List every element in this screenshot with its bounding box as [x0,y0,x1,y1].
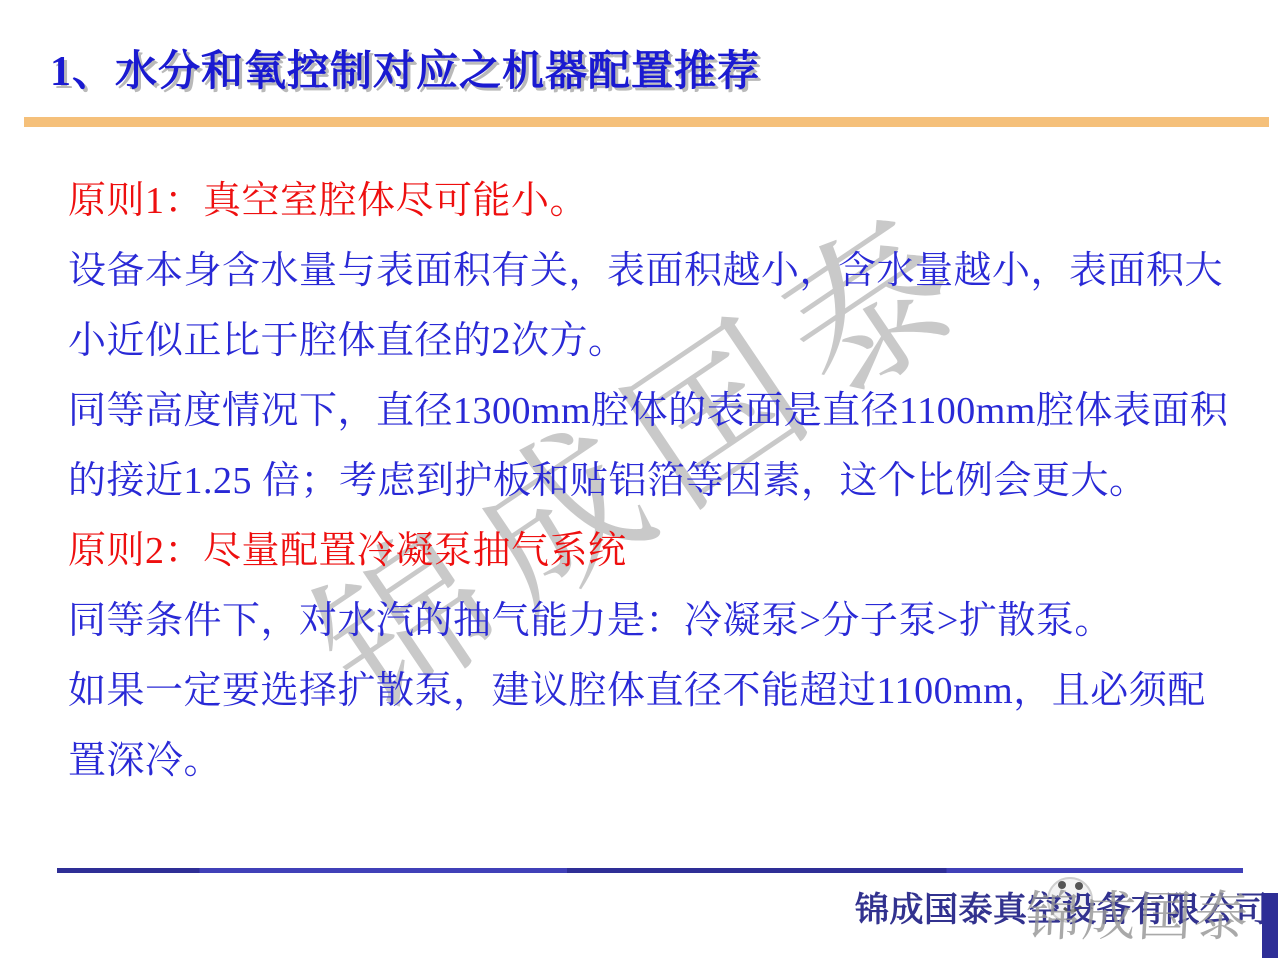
body-line: 同等高度情况下，直径1300mm腔体的表面是直径1100mm腔体表面积 [68,376,1260,446]
body-line: 设备本身含水量与表面积有关，表面积越小，含水量越小，表面积大 [68,236,1260,306]
footer-divider [57,868,1243,873]
body-line: 置深冷。 [68,726,1260,796]
body-line: 如果一定要选择扩散泵，建议腔体直径不能超过1100mm，且必须配 [68,656,1260,726]
slide-title: 1、水分和氧控制对应之机器配置推荐 [50,38,760,98]
body-line: 同等条件下，对水汽的抽气能力是：冷凝泵>分子泵>扩散泵。 [68,586,1260,656]
body-line: 小近似正比于腔体直径的2次方。 [68,306,1260,376]
body-line: 原则1：真空室腔体尽可能小。 [68,166,1260,236]
slide: 1、水分和氧控制对应之机器配置推荐 锦成国泰 原则1：真空室腔体尽可能小。 设备… [0,0,1280,960]
footer-watermark: 锦成国泰 [1024,874,1252,951]
slide-body: 原则1：真空室腔体尽可能小。 设备本身含水量与表面积有关，表面积越小，含水量越小… [68,166,1260,796]
scrollbar-thumb[interactable] [1262,893,1278,958]
accent-bar [24,117,1269,127]
body-line: 的接近1.25 倍；考虑到护板和贴铝箔等因素，这个比例会更大。 [68,446,1260,516]
body-line: 原则2：尽量配置冷凝泵抽气系统 [68,516,1260,586]
